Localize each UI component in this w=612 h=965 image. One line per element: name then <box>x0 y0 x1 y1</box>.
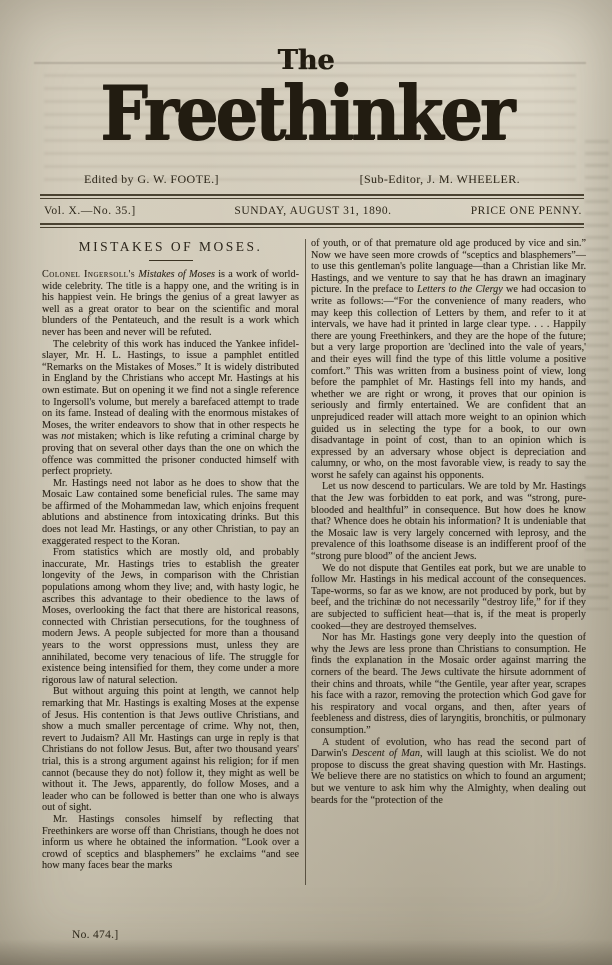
masthead: The Freethinker <box>0 0 612 146</box>
paragraph: Mr. Hastings need not labor as he does t… <box>42 478 299 548</box>
paragraph: Mr. Hastings consoles himself by reflect… <box>42 814 299 872</box>
header-rule-top <box>40 194 584 199</box>
header-rule-bottom <box>40 223 584 228</box>
paragraph: A student of evolution, who has read the… <box>311 737 586 807</box>
paragraph: Let us now descend to particulars. We ar… <box>311 481 586 562</box>
editor-name: Edited by G. W. FOOTE.] <box>84 172 219 187</box>
sub-editor-name: [Sub-Editor, J. M. WHEELER. <box>360 172 520 187</box>
paragraph: of youth, or of that premature old age p… <box>311 238 586 481</box>
showthrough-texture-margin <box>585 140 609 610</box>
right-column: of youth, or of that premature old age p… <box>311 237 586 893</box>
column-divider <box>305 239 306 885</box>
article-body: MISTAKES OF MOSES. Colonel Ingersoll's M… <box>42 237 586 893</box>
paragraph: The celebrity of this work has induced t… <box>42 339 299 478</box>
paragraph: Nor has Mr. Hastings gone very deeply in… <box>311 632 586 736</box>
price-label: PRICE ONE PENNY. <box>421 205 582 217</box>
masthead-title: Freethinker <box>0 72 612 155</box>
editor-line: Edited by G. W. FOOTE.] [Sub-Editor, J. … <box>84 172 520 187</box>
article-title: MISTAKES OF MOSES. <box>42 239 299 255</box>
paragraph: But without arguing this point at length… <box>42 686 299 814</box>
newspaper-page: The Freethinker Edited by G. W. FOOTE.] … <box>0 0 612 965</box>
volume-number: Vol. X.—No. 35.] <box>44 205 205 217</box>
left-column: MISTAKES OF MOSES. Colonel Ingersoll's M… <box>42 237 299 893</box>
bottom-edge-shadow <box>0 939 612 965</box>
issue-date: SUNDAY, AUGUST 31, 1890. <box>205 205 422 217</box>
paragraph: We do not dispute that Gentiles eat pork… <box>311 563 586 633</box>
showthrough-rule <box>34 62 586 64</box>
title-rule <box>149 260 193 261</box>
paragraph: Colonel Ingersoll's Mistakes of Moses is… <box>42 269 299 339</box>
paragraph: From statistics which are mostly old, an… <box>42 547 299 686</box>
dateline: Vol. X.—No. 35.] SUNDAY, AUGUST 31, 1890… <box>44 205 582 217</box>
